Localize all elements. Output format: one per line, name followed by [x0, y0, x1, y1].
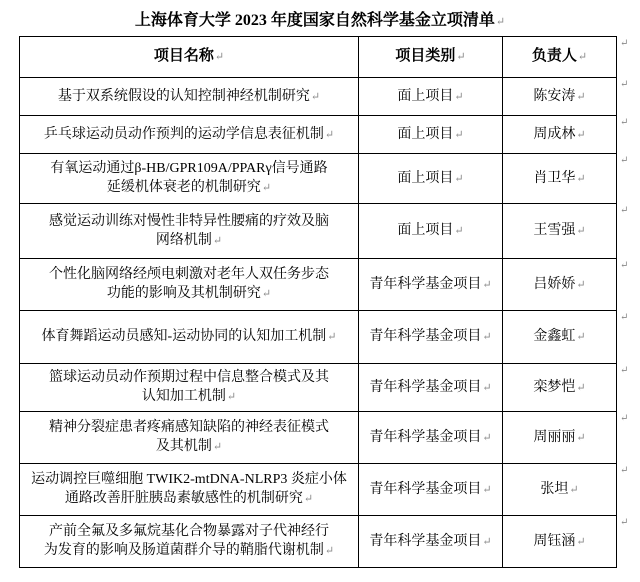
category-cell: 青年科学基金项目↵	[359, 364, 503, 412]
return-mark-icon: ↵	[576, 536, 585, 548]
return-mark-icon: ↵	[576, 91, 585, 103]
return-mark-icon: ↵	[576, 225, 585, 237]
row-end-mark-icon: ↵	[620, 156, 636, 166]
leader-cell: 王雪强↵	[503, 204, 617, 259]
table-header-row: 项目名称↵ 项目类别↵ 负责人↵	[20, 37, 617, 78]
return-mark-icon: ↵	[327, 331, 336, 343]
page-title: 上海体育大学 2023 年度国家自然科学基金立项清单↵	[0, 7, 640, 30]
category-cell: 青年科学基金项目↵	[359, 412, 503, 464]
return-mark-icon: ↵	[325, 545, 334, 557]
table-row: 运动调控巨噬细胞 TWIK2-mtDNA-NLRP3 炎症小体 通路改善肝脏胰岛…	[20, 464, 617, 516]
leader-cell: 周丽丽↵	[503, 412, 617, 464]
table-row: 基于双系统假设的认知控制神经机制研究↵ 面上项目↵ 陈安涛↵	[20, 78, 617, 116]
header-leader: 负责人↵	[503, 37, 617, 78]
category-cell: 青年科学基金项目↵	[359, 259, 503, 311]
table-row: 体育舞蹈运动员感知-运动协同的认知加工机制↵ 青年科学基金项目↵ 金鑫虹↵	[20, 311, 617, 364]
leader-cell: 栾梦恺↵	[503, 364, 617, 412]
category-cell: 面上项目↵	[359, 116, 503, 154]
project-name-cell: 有氧运动通过β-HB/GPR109A/PPARγ信号通路 延缓机体衰老的机制研究…	[20, 154, 359, 204]
grant-list-table: 项目名称↵ 项目类别↵ 负责人↵ 基于双系统假设的认知控制神经机制研究↵ 面上项…	[19, 36, 617, 568]
project-name-cell: 篮球运动员动作预期过程中信息整合模式及其 认知加工机制↵	[20, 364, 359, 412]
return-mark-icon: ↵	[454, 225, 463, 237]
project-name-cell: 基于双系统假设的认知控制神经机制研究↵	[20, 78, 359, 116]
header-project-category: 项目类别↵	[359, 37, 503, 78]
row-end-mark-icon: ↵	[620, 39, 636, 49]
category-cell: 面上项目↵	[359, 154, 503, 204]
row-end-mark-icon: ↵	[620, 118, 636, 128]
return-mark-icon: ↵	[496, 16, 505, 28]
category-cell: 青年科学基金项目↵	[359, 464, 503, 516]
leader-cell: 肖卫华↵	[503, 154, 617, 204]
project-name-cell: 体育舞蹈运动员感知-运动协同的认知加工机制↵	[20, 311, 359, 364]
return-mark-icon: ↵	[311, 91, 320, 103]
project-name-cell: 个性化脑网络经颅电刺激对老年人双任务步态 功能的影响及其机制研究↵	[20, 259, 359, 311]
return-mark-icon: ↵	[576, 129, 585, 141]
project-name-cell: 运动调控巨噬细胞 TWIK2-mtDNA-NLRP3 炎症小体 通路改善肝脏胰岛…	[20, 464, 359, 516]
table-row: 感觉运动训练对慢性非特异性腰痛的疗效及脑 网络机制↵ 面上项目↵ 王雪强↵	[20, 204, 617, 259]
return-mark-icon: ↵	[569, 484, 578, 496]
return-mark-icon: ↵	[454, 129, 463, 141]
return-mark-icon: ↵	[304, 493, 313, 505]
return-mark-icon: ↵	[454, 91, 463, 103]
category-cell: 面上项目↵	[359, 204, 503, 259]
return-mark-icon: ↵	[482, 432, 491, 444]
return-mark-icon: ↵	[482, 382, 491, 394]
return-mark-icon: ↵	[454, 173, 463, 185]
leader-cell: 吕娇娇↵	[503, 259, 617, 311]
leader-cell: 张坦↵	[503, 464, 617, 516]
row-end-mark-icon: ↵	[620, 466, 636, 476]
return-mark-icon: ↵	[482, 484, 491, 496]
project-name-cell: 精神分裂症患者疼痛感知缺陷的神经表征模式 及其机制↵	[20, 412, 359, 464]
category-cell: 面上项目↵	[359, 78, 503, 116]
leader-cell: 陈安涛↵	[503, 78, 617, 116]
table-row: 篮球运动员动作预期过程中信息整合模式及其 认知加工机制↵ 青年科学基金项目↵ 栾…	[20, 364, 617, 412]
return-mark-icon: ↵	[482, 536, 491, 548]
return-mark-icon: ↵	[576, 173, 585, 185]
return-mark-icon: ↵	[576, 382, 585, 394]
page-title-text: 上海体育大学 2023 年度国家自然科学基金立项清单	[135, 12, 495, 29]
row-end-mark-icon: ↵	[620, 80, 636, 90]
row-end-mark-icon: ↵	[620, 414, 636, 424]
row-end-mark-icon: ↵	[620, 518, 636, 528]
row-end-mark-icon: ↵	[620, 261, 636, 271]
leader-cell: 周成林↵	[503, 116, 617, 154]
row-end-mark-icon: ↵	[620, 206, 636, 216]
return-mark-icon: ↵	[215, 51, 224, 63]
project-name-cell: 感觉运动训练对慢性非特异性腰痛的疗效及脑 网络机制↵	[20, 204, 359, 259]
return-mark-icon: ↵	[576, 331, 585, 343]
return-mark-icon: ↵	[325, 129, 334, 141]
leader-cell: 金鑫虹↵	[503, 311, 617, 364]
row-end-mark-icon: ↵	[620, 366, 636, 376]
return-mark-icon: ↵	[262, 288, 271, 300]
return-mark-icon: ↵	[482, 331, 491, 343]
return-mark-icon: ↵	[456, 51, 465, 63]
table-row: 产前全氟及多氟烷基化合物暴露对子代神经行 为发育的影响及肠道菌群介导的鞘脂代谢机…	[20, 516, 617, 568]
return-mark-icon: ↵	[227, 391, 236, 403]
return-mark-icon: ↵	[576, 279, 585, 291]
table-row: 个性化脑网络经颅电刺激对老年人双任务步态 功能的影响及其机制研究↵ 青年科学基金…	[20, 259, 617, 311]
return-mark-icon: ↵	[213, 235, 222, 247]
return-mark-icon: ↵	[576, 432, 585, 444]
return-mark-icon: ↵	[578, 51, 587, 63]
project-name-cell: 乒乓球运动员动作预判的运动学信息表征机制↵	[20, 116, 359, 154]
return-mark-icon: ↵	[482, 279, 491, 291]
table-row: 有氧运动通过β-HB/GPR109A/PPARγ信号通路 延缓机体衰老的机制研究…	[20, 154, 617, 204]
document-page: { "page": { "title": "上海体育大学 2023 年度国家自然…	[0, 0, 640, 582]
row-end-mark-icon: ↵	[620, 313, 636, 323]
project-name-cell: 产前全氟及多氟烷基化合物暴露对子代神经行 为发育的影响及肠道菌群介导的鞘脂代谢机…	[20, 516, 359, 568]
category-cell: 青年科学基金项目↵	[359, 516, 503, 568]
category-cell: 青年科学基金项目↵	[359, 311, 503, 364]
header-project-name: 项目名称↵	[20, 37, 359, 78]
table-row: 乒乓球运动员动作预判的运动学信息表征机制↵ 面上项目↵ 周成林↵	[20, 116, 617, 154]
return-mark-icon: ↵	[262, 182, 271, 194]
leader-cell: 周钰涵↵	[503, 516, 617, 568]
table-row: 精神分裂症患者疼痛感知缺陷的神经表征模式 及其机制↵ 青年科学基金项目↵ 周丽丽…	[20, 412, 617, 464]
return-mark-icon: ↵	[213, 441, 222, 453]
